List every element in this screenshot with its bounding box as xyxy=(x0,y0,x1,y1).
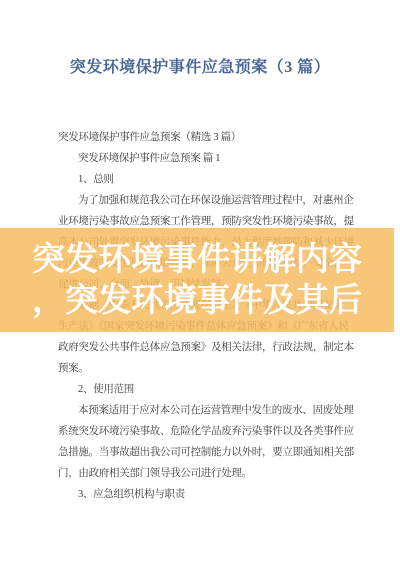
document-line: 2、使用范围 xyxy=(58,379,358,400)
document-line: 预案。 xyxy=(58,358,358,379)
document-line: 为了加强和规范我公司在环保设施运营管理过程中，对惠州企 xyxy=(58,190,358,211)
promo-overlay-banner[interactable]: 突发环境事件讲解内容 ，突发环境事件及其后 xyxy=(0,228,394,332)
overlay-caption-line1: 突发环境事件讲解内容 xyxy=(0,238,394,279)
overlay-caption: 突发环境事件讲解内容 ，突发环境事件及其后 xyxy=(0,238,394,320)
document-line: 3、应急组织机构与职责 xyxy=(58,484,358,505)
document-line: 急措施。当事故超出我公司可控制能力以外时，要立即通知相关部 xyxy=(58,442,358,463)
overlay-caption-line2: ，突发环境事件及其后 xyxy=(0,279,394,320)
document-line: 系统突发环境污染事故、危险化学品废弃污染事件以及各类事件应 xyxy=(58,421,358,442)
page-title: 突发环境保护事件应急预案（3 篇） xyxy=(0,54,400,77)
document-line: 1、总则 xyxy=(58,169,358,190)
document-line: 本预案适用于应对本公司在运营管理中发生的废水、固废处理 xyxy=(58,400,358,421)
document-line: 政府突发公共事件总体应急预案》及相关法律，行政法规，制定本 xyxy=(58,337,358,358)
page: 突发环境保护事件应急预案（3 篇） 突发环境保护事件应急预案（精选 3 篇） 突… xyxy=(0,0,400,566)
document-line: 突发环境保护事件应急预案 篇 1 xyxy=(58,148,358,169)
document-line: 门，由政府相关部门领导我公司进行处理。 xyxy=(58,463,358,484)
document-line: 突发环境保护事件应急预案（精选 3 篇） xyxy=(58,127,358,148)
